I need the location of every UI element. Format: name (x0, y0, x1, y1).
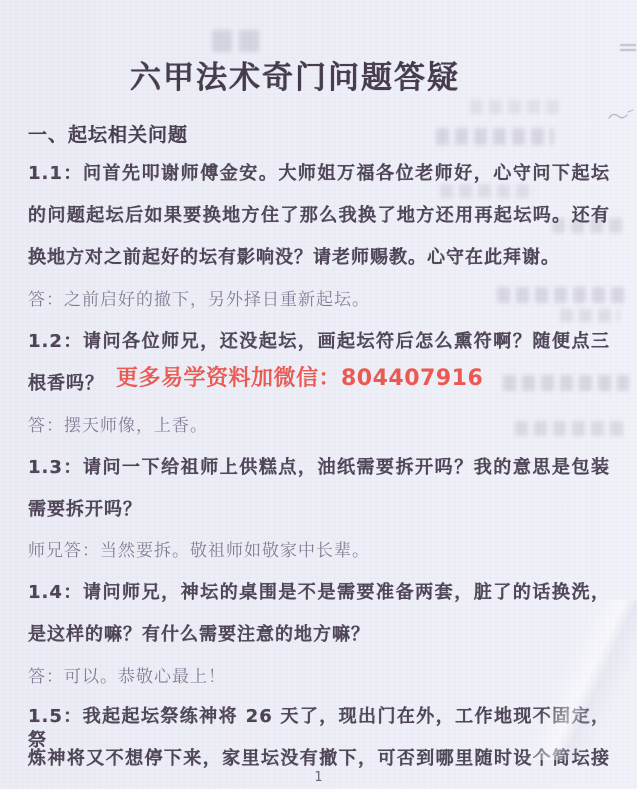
question-line: 是这样的嘛？有什么需要注意的地方嘛？ (28, 623, 610, 647)
question-line: 1.5：我起起坛祭练神将 26 天了，现出门在外，工作地现不固定，祭 (28, 705, 610, 729)
document-title: 六甲法术奇门问题答疑 (130, 52, 460, 97)
question-line: 1.2：请问各位师兄，还没起坛，画起坛符后怎么熏符啊？随便点三 (28, 330, 610, 354)
answer-line: 师兄答：当然要拆。敬祖师如敬家中长辈。 (28, 539, 610, 563)
question-line: 1.3：请问一下给祖师上供糕点，油纸需要拆开吗？我的意思是包装 (28, 456, 610, 480)
answer-line: 答：可以。恭敬心最上！ (28, 665, 610, 689)
section-heading: 一、起坛相关问题 (28, 120, 188, 147)
page-number: 1 (0, 770, 637, 785)
scan-speckle-mark (620, 43, 636, 51)
question-line: 1.1：问首先叩谢师傅金安。大师姐万福各位老师好，心守问下起坛 (28, 162, 610, 186)
watermark-text: 更多易学资料加微信：804407916 (116, 361, 483, 392)
bleedthrough-mark (470, 100, 560, 114)
bleedthrough-mark (436, 128, 554, 145)
answer-line: 答：摆天师像，上香。 (28, 414, 610, 438)
question-line: 的问题起坛后如果要换地方住了那么我换了地方还用再起坛吗。还有 (28, 204, 610, 228)
answer-line: 答：之前启好的撤下，另外择日重新起坛。 (28, 288, 610, 312)
question-line: 1.4：请问师兄，神坛的桌围是不是需要准备两套，脏了的话换洗， (28, 581, 610, 605)
question-line: 需要拆开吗？ (28, 498, 610, 522)
question-line: 炼神将又不想停下来，家里坛没有撤下，可否到哪里随时设个简坛接 (28, 747, 610, 771)
bleedthrough-mark (440, 184, 536, 198)
scanned-document-page: 六甲法术奇门问题答疑 一、起坛相关问题 1.1：问首先叩谢师傅金安。大师姐万福各… (0, 0, 637, 789)
pen-squiggle-mark (608, 108, 634, 124)
question-line: 换地方对之前起好的坛有影响没？请老师赐教。心守在此拜谢。 (28, 246, 610, 270)
bleedthrough-mark (212, 30, 266, 52)
